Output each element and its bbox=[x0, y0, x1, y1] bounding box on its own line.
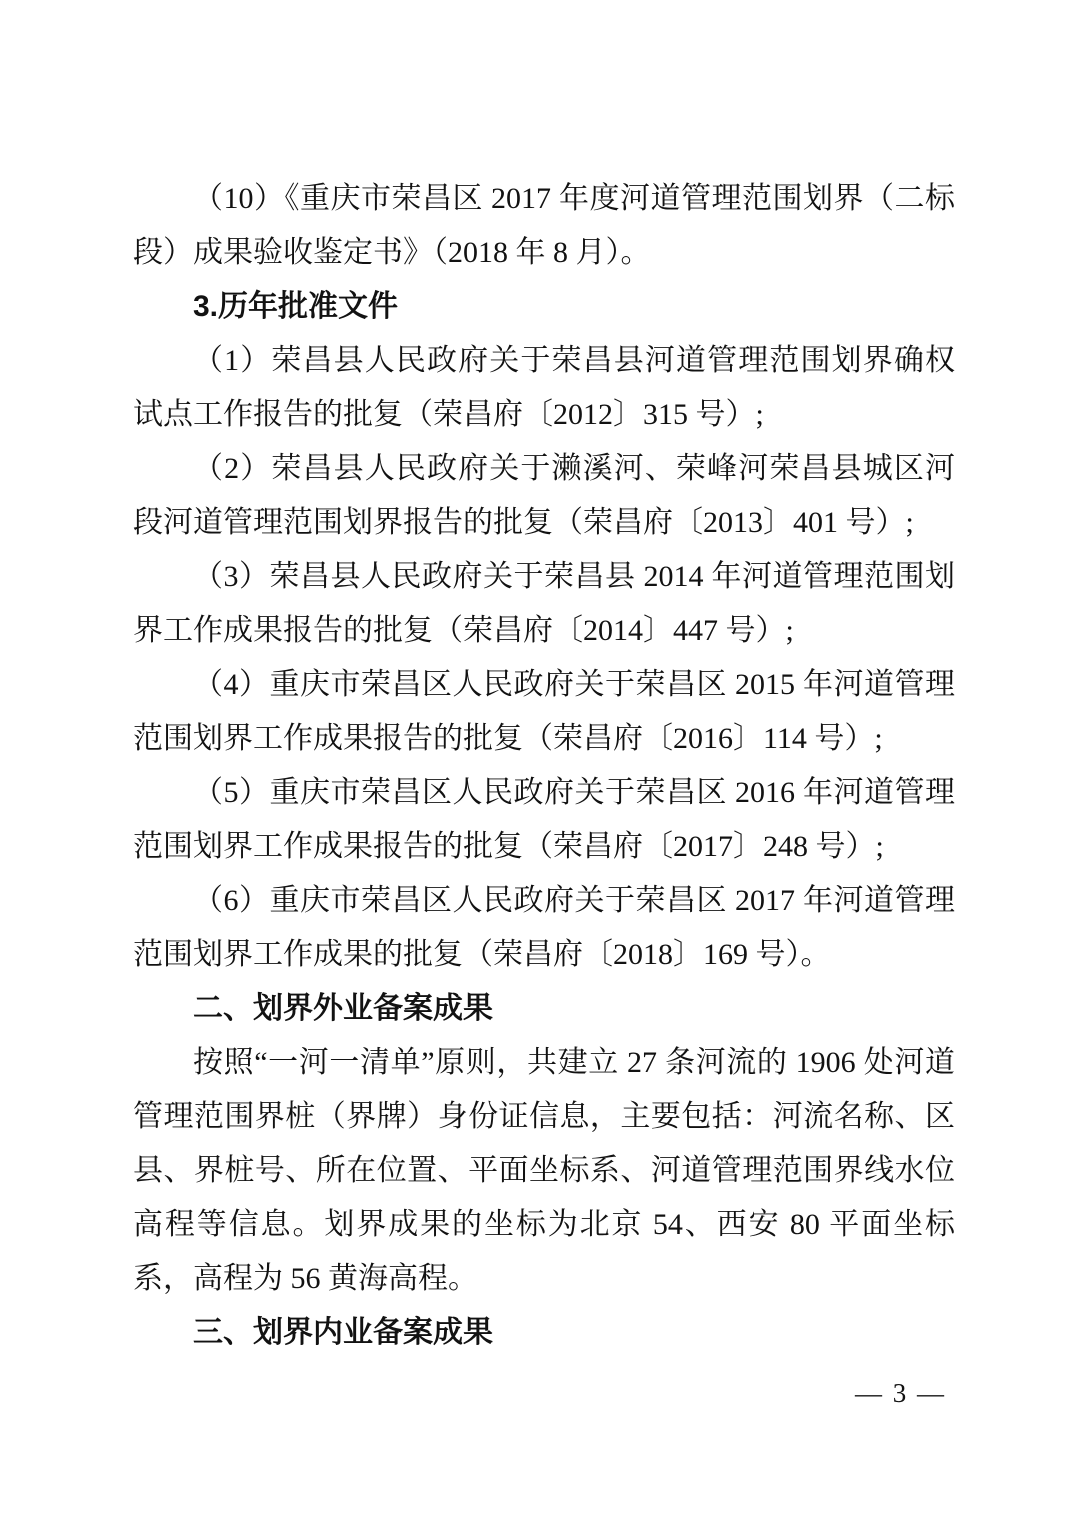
para-field-record-details: 按照“一河一清单”原则，共建立 27 条河流的 1906 处河道管理范围界桩（界… bbox=[133, 1036, 955, 1306]
para-approval-1: （1）荣昌县人民政府关于荣昌县河道管理范围划界确权试点工作报告的批复（荣昌府〔2… bbox=[133, 334, 955, 442]
para-approval-5: （5）重庆市荣昌区人民政府关于荣昌区 2016 年河道管理范围划界工作成果报告的… bbox=[133, 766, 955, 874]
heading-historical-approval-documents: 3.历年批准文件 bbox=[133, 280, 955, 334]
document-content: （10）《重庆市荣昌区 2017 年度河道管理范围划界（二标段）成果验收鉴定书》… bbox=[133, 172, 955, 1360]
para-approval-4: （4）重庆市荣昌区人民政府关于荣昌区 2015 年河道管理范围划界工作成果报告的… bbox=[133, 658, 955, 766]
heading-section-2-field-record-results: 二、划界外业备案成果 bbox=[133, 982, 955, 1036]
para-approval-6: （6）重庆市荣昌区人民政府关于荣昌区 2017 年河道管理范围划界工作成果的批复… bbox=[133, 874, 955, 982]
para-approval-3: （3）荣昌县人民政府关于荣昌县 2014 年河道管理范围划界工作成果报告的批复（… bbox=[133, 550, 955, 658]
heading-section-3-office-record-results: 三、划界内业备案成果 bbox=[133, 1306, 955, 1360]
document-page: （10）《重庆市荣昌区 2017 年度河道管理范围划界（二标段）成果验收鉴定书》… bbox=[0, 0, 1074, 1520]
page-number: — 3 — bbox=[855, 1378, 946, 1408]
para-acceptance-certificate: （10）《重庆市荣昌区 2017 年度河道管理范围划界（二标段）成果验收鉴定书》… bbox=[133, 172, 955, 280]
para-approval-2: （2）荣昌县人民政府关于濑溪河、荣峰河荣昌县城区河段河道管理范围划界报告的批复（… bbox=[133, 442, 955, 550]
